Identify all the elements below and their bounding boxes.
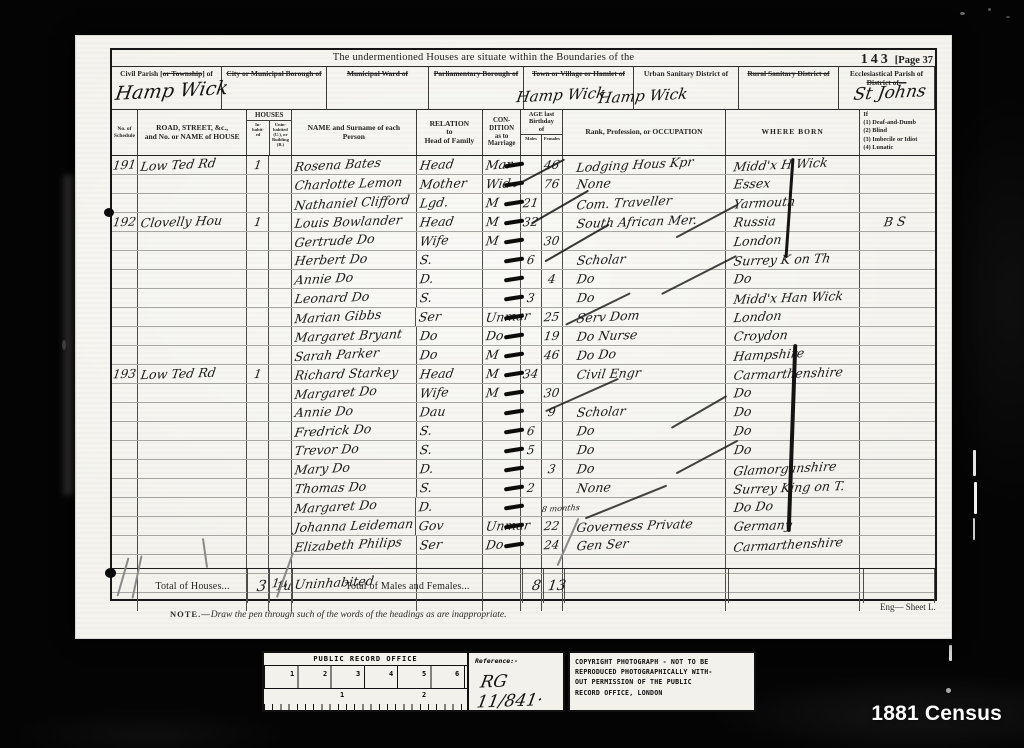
cell-inhabited bbox=[247, 308, 269, 326]
cell-infirmity bbox=[860, 384, 935, 402]
relation: Lgd. bbox=[418, 194, 449, 210]
cell-schedule bbox=[112, 270, 138, 288]
cell-age-female: 25 bbox=[542, 308, 563, 326]
cell-infirmity bbox=[860, 422, 935, 440]
condition: M bbox=[485, 366, 500, 381]
cell-where-born: Germany bbox=[726, 517, 860, 535]
cell-uninhabited bbox=[269, 479, 292, 497]
cell-age-male bbox=[521, 384, 542, 402]
age-female: 22 bbox=[543, 519, 560, 534]
cell-road bbox=[138, 194, 247, 212]
road-name: Low Ted Rd bbox=[140, 365, 217, 383]
condition: M bbox=[485, 233, 500, 249]
table-row: Sarah Parker Do M 46 Do Do Hampshire bbox=[112, 346, 935, 365]
col-inhabited: In- habit- ed bbox=[247, 121, 269, 155]
cell-name: Richard Starkey bbox=[292, 365, 416, 383]
cell-age-male bbox=[521, 403, 542, 421]
cell-where-born: Glamorganshire bbox=[726, 460, 860, 478]
cell-inhabited bbox=[247, 346, 269, 364]
cell-schedule bbox=[112, 422, 138, 440]
totals-houses-inhabited: 3 bbox=[248, 569, 270, 603]
cell-road bbox=[138, 232, 247, 250]
cell-road bbox=[138, 270, 247, 288]
totals-houses-label: Total of Houses... bbox=[138, 569, 248, 603]
ruler-number: 1 bbox=[290, 670, 294, 678]
pro-reference-box: PUBLIC RECORD OFFICE 1 2 3 4 5 6 1 2 Ref… bbox=[262, 651, 565, 712]
relation: Wife bbox=[418, 232, 449, 248]
cell-infirmity bbox=[860, 517, 935, 535]
occupation: Do bbox=[576, 423, 596, 439]
table-row: Trevor Do S. 5 Do Do bbox=[112, 441, 935, 460]
cell-relation: Do bbox=[417, 327, 484, 345]
condition: M bbox=[485, 347, 500, 363]
cell-infirmity bbox=[860, 479, 935, 497]
footnote-head: NOTE.— bbox=[170, 609, 211, 619]
col-houses: HOUSES In- habit- ed Unin- habited (U.),… bbox=[247, 110, 292, 155]
cell-name: Johanna Leideman bbox=[292, 517, 416, 535]
person-name: Nathaniel Clifford bbox=[294, 192, 411, 213]
cell-infirmity bbox=[860, 289, 935, 307]
totals-houses-inhabited-value: 3 bbox=[255, 577, 267, 595]
field-municipal-ward: Municipal Ward of bbox=[327, 67, 429, 109]
table-row: 191 Low Ted Rd 1 Rosena Bates Head Mar 4… bbox=[112, 156, 935, 175]
person-name: Johanna Leideman bbox=[294, 516, 415, 535]
relation: D. bbox=[418, 461, 434, 477]
cell-condition bbox=[483, 460, 521, 478]
cell-where-born: London bbox=[726, 232, 860, 250]
table-row: Gertrude Do Wife M 30 London bbox=[112, 232, 935, 251]
relation: Head bbox=[418, 213, 454, 229]
cell-road: Clovelly Hou bbox=[138, 213, 247, 231]
occupation: Gen Ser bbox=[576, 536, 630, 554]
cell-relation: Gov bbox=[416, 517, 483, 535]
cell-relation: Do bbox=[417, 346, 484, 364]
cell-where-born: Do Do bbox=[726, 498, 860, 516]
person-name: Elizabeth Philips bbox=[294, 534, 404, 555]
cell-uninhabited bbox=[269, 175, 292, 193]
inhabited-mark: 1 bbox=[253, 215, 263, 229]
cell-inhabited bbox=[247, 498, 269, 516]
person-name: Thomas Do bbox=[294, 479, 368, 496]
cell-uninhabited bbox=[269, 156, 292, 174]
cell-name: Elizabeth Philips bbox=[292, 536, 416, 554]
cell-condition: Unmar bbox=[483, 517, 521, 535]
cell-relation: S. bbox=[417, 479, 484, 497]
cell-uninhabited bbox=[269, 460, 292, 478]
cell-condition: M bbox=[483, 194, 521, 212]
inhabited-mark: 1 bbox=[253, 158, 263, 172]
schedule-number: 192 bbox=[112, 215, 137, 230]
table-row: Herbert Do S. 6 Scholar Surrey K on Th bbox=[112, 251, 935, 270]
occupation: Do Nurse bbox=[576, 327, 639, 344]
cell-occupation: Do Do bbox=[563, 346, 726, 364]
page-number: 143 [Page 37 bbox=[861, 50, 933, 68]
relation: Ser bbox=[418, 536, 442, 552]
road-name: Low Ted Rd bbox=[139, 155, 216, 174]
person-name: Margaret Do bbox=[294, 383, 378, 402]
cell-infirmity bbox=[860, 270, 935, 288]
cell-name: Mary Do bbox=[292, 460, 416, 478]
totals-males-value: 8 bbox=[530, 578, 541, 594]
cell-age-male bbox=[521, 536, 542, 554]
occupation: Governess Private bbox=[576, 516, 694, 535]
ruler-number: 5 bbox=[422, 670, 426, 678]
cell-age-male: 5 bbox=[521, 441, 542, 459]
col-age: AGE last Birthday of Males Females bbox=[521, 110, 563, 155]
ruler-number: 2 bbox=[422, 691, 426, 699]
label-part: ] of bbox=[202, 69, 213, 78]
totals-houses-label-text: Total of Houses... bbox=[155, 581, 229, 592]
cell-condition: Mar bbox=[483, 156, 521, 174]
cell-relation: Ser bbox=[416, 308, 483, 326]
cell-age-female bbox=[542, 441, 563, 459]
label-part-struck: Rural Sanitary District of bbox=[747, 69, 829, 78]
cell-relation: Lgd. bbox=[417, 194, 484, 212]
cell-road bbox=[138, 403, 247, 421]
person-name: Trevor Do bbox=[294, 441, 360, 458]
cell-schedule bbox=[112, 346, 138, 364]
cell-relation: Mother bbox=[417, 175, 484, 193]
cell-schedule bbox=[112, 498, 138, 516]
where-born: Midd'x Han Wick bbox=[733, 288, 845, 307]
table-body: 191 Low Ted Rd 1 Rosena Bates Head Mar 4… bbox=[112, 156, 935, 568]
age-male: 6 bbox=[526, 424, 536, 438]
cell-relation: S. bbox=[417, 422, 484, 440]
cell-condition bbox=[483, 441, 521, 459]
table-row: Leonard Do S. 3 Do Midd'x Han Wick bbox=[112, 289, 935, 308]
cell-schedule bbox=[112, 251, 138, 269]
occupation: Do bbox=[576, 461, 596, 477]
label-part-struck: or Township bbox=[163, 69, 203, 78]
census-caption: 1881 Census bbox=[871, 702, 1002, 726]
cell-infirmity bbox=[860, 327, 935, 345]
occupation: Serv Dom bbox=[576, 307, 641, 325]
cell-inhabited: 1 bbox=[247, 365, 269, 383]
cell-occupation bbox=[563, 498, 726, 516]
cell-where-born: Surrey K on Th bbox=[726, 251, 860, 269]
col-age-title: AGE last Birthday of bbox=[521, 110, 562, 133]
cell-infirmity bbox=[860, 441, 935, 459]
occupation: Scholar bbox=[576, 251, 627, 268]
label-part-struck: Town or Village or Hamlet of bbox=[532, 69, 625, 78]
column-header-row: No. of Schedule ROAD, STREET, &c., and N… bbox=[112, 110, 935, 156]
table-row: Margaret Do Wife M 30 Do bbox=[112, 384, 935, 403]
relation: Dau bbox=[418, 404, 446, 420]
col-condition: CON- DITION as to Marriage bbox=[483, 110, 521, 155]
table-row: Mary Do D. 3 Do Glamorganshire bbox=[112, 460, 935, 479]
boundaries-sentence: The undermentioned Houses are situate wi… bbox=[112, 52, 855, 63]
field-rural-sanitary: Rural Sanitary District of bbox=[739, 67, 839, 109]
label-part: Ecclesiastical Parish of bbox=[850, 69, 923, 78]
cell-name: Sarah Parker bbox=[292, 346, 416, 364]
cell-infirmity bbox=[860, 460, 935, 478]
cell-age-female bbox=[542, 365, 563, 383]
cell-road bbox=[138, 346, 247, 364]
relation: D. bbox=[418, 271, 434, 287]
table-row: Annie Do D. 4 Do Do bbox=[112, 270, 935, 289]
cell-road bbox=[138, 384, 247, 402]
cell-schedule bbox=[112, 194, 138, 212]
cell-name: Herbert Do bbox=[292, 251, 416, 269]
reference-label: Reference:- bbox=[475, 657, 518, 665]
cell-occupation: Scholar bbox=[563, 251, 726, 269]
cell-condition: Do bbox=[483, 327, 521, 345]
cell-condition: M bbox=[483, 346, 521, 364]
cell-infirmity bbox=[860, 365, 935, 383]
cell-infirmity bbox=[860, 536, 935, 554]
person-name: Annie Do bbox=[294, 403, 354, 420]
cell-where-born: London bbox=[726, 308, 860, 326]
cell-where-born: Yarmouth bbox=[726, 194, 860, 212]
cell-age-male bbox=[521, 498, 542, 516]
field-parliamentary-borough: Parliamentary Borough of bbox=[429, 67, 524, 109]
cell-occupation: Civil Engr bbox=[563, 365, 726, 383]
cell-age-male bbox=[521, 327, 542, 345]
relation: Head bbox=[418, 365, 454, 381]
cell-inhabited bbox=[247, 251, 269, 269]
film-speck bbox=[946, 688, 951, 693]
cell-uninhabited bbox=[269, 308, 292, 326]
cell-occupation: Scholar bbox=[563, 403, 726, 421]
film-speck bbox=[1006, 16, 1010, 18]
occupation: None bbox=[576, 479, 612, 495]
cell-name: Rosena Bates bbox=[292, 156, 416, 174]
ruler-number: 3 bbox=[356, 670, 360, 678]
where-born: London bbox=[733, 232, 783, 249]
cell-schedule bbox=[112, 289, 138, 307]
cell-relation: Head bbox=[417, 365, 484, 383]
totals-females: 13 bbox=[544, 569, 565, 603]
table-row: Johanna Leideman Gov Unmar 22 Governess … bbox=[112, 517, 935, 536]
ruler-number: 1 bbox=[340, 691, 344, 699]
occupation: Lodging Hous Kpr bbox=[575, 154, 694, 175]
cell-occupation: Do Nurse bbox=[563, 327, 726, 345]
cell-occupation: Governess Private bbox=[563, 517, 726, 535]
cell-name: Charlotte Lemon bbox=[292, 175, 416, 193]
cell-age-male: 34 bbox=[521, 365, 542, 383]
cell-occupation: Do bbox=[563, 441, 726, 459]
col-males: Males bbox=[521, 135, 542, 155]
relation: Do bbox=[418, 328, 438, 344]
where-born: Russia bbox=[733, 213, 777, 229]
footnote-text: Draw the pen through such of the words o… bbox=[211, 610, 507, 620]
cell-schedule bbox=[112, 308, 138, 326]
totals-males: 8 bbox=[523, 569, 544, 603]
age-female: 30 bbox=[543, 386, 560, 401]
cell-relation: D. bbox=[416, 498, 483, 516]
cell-uninhabited bbox=[269, 213, 292, 231]
infirmity: B S bbox=[883, 214, 907, 230]
cell-name: Annie Do bbox=[292, 403, 416, 421]
cell-road bbox=[138, 327, 247, 345]
cell-inhabited bbox=[247, 232, 269, 250]
age-female: 4 bbox=[547, 272, 557, 286]
relation: Do bbox=[418, 347, 438, 363]
person-name: Mary Do bbox=[294, 460, 351, 478]
table-row: 192 Clovelly Hou 1 Louis Bowlander Head … bbox=[112, 213, 935, 232]
table-row: Nathaniel Clifford Lgd. M 21 Com. Travel… bbox=[112, 194, 935, 213]
cell-inhabited bbox=[247, 479, 269, 497]
cell-inhabited bbox=[247, 536, 269, 554]
cell-name: Margaret Do bbox=[292, 498, 416, 516]
cell-where-born: Carmarthenshire bbox=[726, 536, 860, 554]
cell-condition: M bbox=[483, 365, 521, 383]
condition: M bbox=[485, 214, 500, 229]
cell-infirmity bbox=[860, 251, 935, 269]
cell-infirmity bbox=[860, 308, 935, 326]
person-name: Gertrude Do bbox=[294, 231, 376, 250]
page-bracket: [Page 37 bbox=[895, 55, 933, 66]
field-municipal-borough: City or Municipal Borough of bbox=[222, 67, 327, 109]
person-name: Louis Bowlander bbox=[294, 212, 403, 231]
condition: Do bbox=[485, 537, 505, 553]
cell-road bbox=[138, 498, 247, 516]
table-row: Marian Gibbs Ser Unmar 25 Serv Dom Londo… bbox=[112, 308, 935, 327]
table-row: Charlotte Lemon Mother Wid 76 None Essex bbox=[112, 175, 935, 194]
relation: Ser bbox=[418, 308, 442, 324]
sheet-label: Eng— Sheet L. bbox=[880, 602, 936, 612]
cell-age-female: 30 bbox=[542, 384, 563, 402]
film-speck bbox=[988, 8, 991, 11]
cell-age-female: 8 months bbox=[542, 498, 563, 516]
cell-uninhabited bbox=[269, 251, 292, 269]
ruler-number: 4 bbox=[389, 670, 393, 678]
cell-infirmity: B S bbox=[860, 213, 935, 231]
cell-schedule bbox=[112, 479, 138, 497]
occupation: South African Mer. bbox=[575, 212, 698, 231]
occupation: None bbox=[576, 175, 612, 191]
cell-infirmity bbox=[860, 232, 935, 250]
col-occupation: Rank, Profession, or OCCUPATION bbox=[563, 110, 726, 155]
pro-ruler-decimeters: 1 2 bbox=[264, 689, 467, 711]
occupation: Do bbox=[576, 271, 596, 287]
age-female: 24 bbox=[543, 538, 560, 553]
cell-inhabited bbox=[247, 289, 269, 307]
col-where-born: WHERE BORN bbox=[726, 110, 860, 155]
cell-uninhabited bbox=[269, 403, 292, 421]
cell-name: Margaret Bryant bbox=[292, 327, 416, 345]
cell-age-male bbox=[521, 460, 542, 478]
label-part-struck: City or Municipal Borough of bbox=[226, 69, 321, 78]
cell-relation: S. bbox=[417, 441, 484, 459]
col-houses-title: HOUSES bbox=[247, 110, 291, 119]
totals-inf-spacer bbox=[864, 569, 935, 603]
relation: Head bbox=[418, 156, 454, 173]
totals-females-value: 13 bbox=[547, 578, 567, 595]
cell-relation: Wife bbox=[417, 384, 484, 402]
reference-value: RG 11/841· bbox=[475, 670, 567, 713]
handwritten-ecclesiastical: St Johns bbox=[852, 81, 927, 105]
relation: S. bbox=[418, 290, 432, 305]
cell-uninhabited bbox=[269, 441, 292, 459]
cell-infirmity bbox=[860, 403, 935, 421]
where-born: Croydon bbox=[733, 327, 789, 344]
col-road: ROAD, STREET, &c., and No. or NAME of HO… bbox=[138, 110, 247, 155]
occupation: Do bbox=[576, 442, 596, 458]
cell-uninhabited bbox=[269, 270, 292, 288]
cell-road bbox=[138, 308, 247, 326]
cell-condition bbox=[483, 251, 521, 269]
table-top-row: The undermentioned Houses are situate wi… bbox=[112, 50, 935, 67]
cell-condition: Do bbox=[483, 536, 521, 554]
cell-condition bbox=[483, 270, 521, 288]
cell-name: Margaret Do bbox=[292, 384, 416, 402]
cell-age-male: 2 bbox=[521, 479, 542, 497]
where-born: Surrey K on Th bbox=[733, 250, 832, 268]
cell-occupation: Do bbox=[563, 289, 726, 307]
cell-relation: Wife bbox=[417, 232, 484, 250]
person-name: Leonard Do bbox=[294, 289, 371, 307]
age-male: 34 bbox=[522, 367, 539, 382]
condition: M bbox=[485, 385, 500, 401]
cell-uninhabited bbox=[269, 289, 292, 307]
cell-relation: S. bbox=[417, 289, 484, 307]
film-scratch bbox=[949, 645, 952, 661]
cell-inhabited bbox=[247, 270, 269, 288]
cell-uninhabited bbox=[269, 194, 292, 212]
person-name: Richard Starkey bbox=[294, 364, 400, 383]
cell-age-female bbox=[542, 422, 563, 440]
cell-uninhabited bbox=[269, 384, 292, 402]
cell-relation: Head bbox=[417, 213, 484, 231]
cell-inhabited bbox=[247, 403, 269, 421]
cell-relation: Dau bbox=[417, 403, 484, 421]
cell-schedule: 193 bbox=[112, 365, 138, 383]
cell-age-female: 4 bbox=[542, 270, 563, 288]
census-table: The undermentioned Houses are situate wi… bbox=[110, 48, 937, 601]
relation: Gov bbox=[418, 518, 445, 534]
cell-road bbox=[138, 441, 247, 459]
table-row: Margaret Bryant Do Do 19 Do Nurse Croydo… bbox=[112, 327, 935, 346]
cell-schedule bbox=[112, 441, 138, 459]
person-name: Margaret Bryant bbox=[294, 326, 404, 345]
cell-occupation: Com. Traveller bbox=[563, 194, 726, 212]
cell-name: Nathaniel Clifford bbox=[292, 194, 416, 212]
cell-uninhabited bbox=[269, 327, 292, 345]
age-male: 6 bbox=[526, 253, 536, 267]
occupation: Civil Engr bbox=[576, 365, 642, 382]
ink-blob bbox=[105, 568, 116, 578]
where-born: Midd'x H Wick bbox=[733, 155, 829, 175]
label-part: Civil Parish [ bbox=[120, 69, 163, 78]
cell-age-male: 6 bbox=[521, 251, 542, 269]
cell-name: Thomas Do bbox=[292, 479, 416, 497]
cell-road bbox=[138, 479, 247, 497]
age-female: 30 bbox=[543, 234, 560, 249]
cell-age-female: 24 bbox=[542, 536, 563, 554]
cell-uninhabited bbox=[269, 232, 292, 250]
cell-relation: Head bbox=[417, 156, 484, 174]
cell-uninhabited bbox=[269, 536, 292, 554]
cell-name: Louis Bowlander bbox=[292, 213, 416, 231]
where-born: Carmarthenshire bbox=[733, 364, 844, 383]
schedule-number: 193 bbox=[112, 367, 137, 382]
age-female: 25 bbox=[543, 310, 560, 325]
table-row: Fredrick Do S. 6 Do Do bbox=[112, 422, 935, 441]
cell-age-female bbox=[542, 289, 563, 307]
film-speck bbox=[960, 12, 965, 15]
cell-age-female: 22 bbox=[542, 517, 563, 535]
relation: S. bbox=[418, 442, 432, 457]
cell-condition bbox=[483, 479, 521, 497]
cell-age-male: 3 bbox=[521, 289, 542, 307]
col-females: Females bbox=[542, 135, 562, 155]
cell-schedule: 191 bbox=[112, 156, 138, 174]
district-header-row: Civil Parish [or Township] of City or Mu… bbox=[112, 67, 935, 110]
cell-where-born: Croydon bbox=[726, 327, 860, 345]
age-male: 21 bbox=[522, 196, 539, 211]
cell-where-born: Essex bbox=[726, 175, 860, 193]
